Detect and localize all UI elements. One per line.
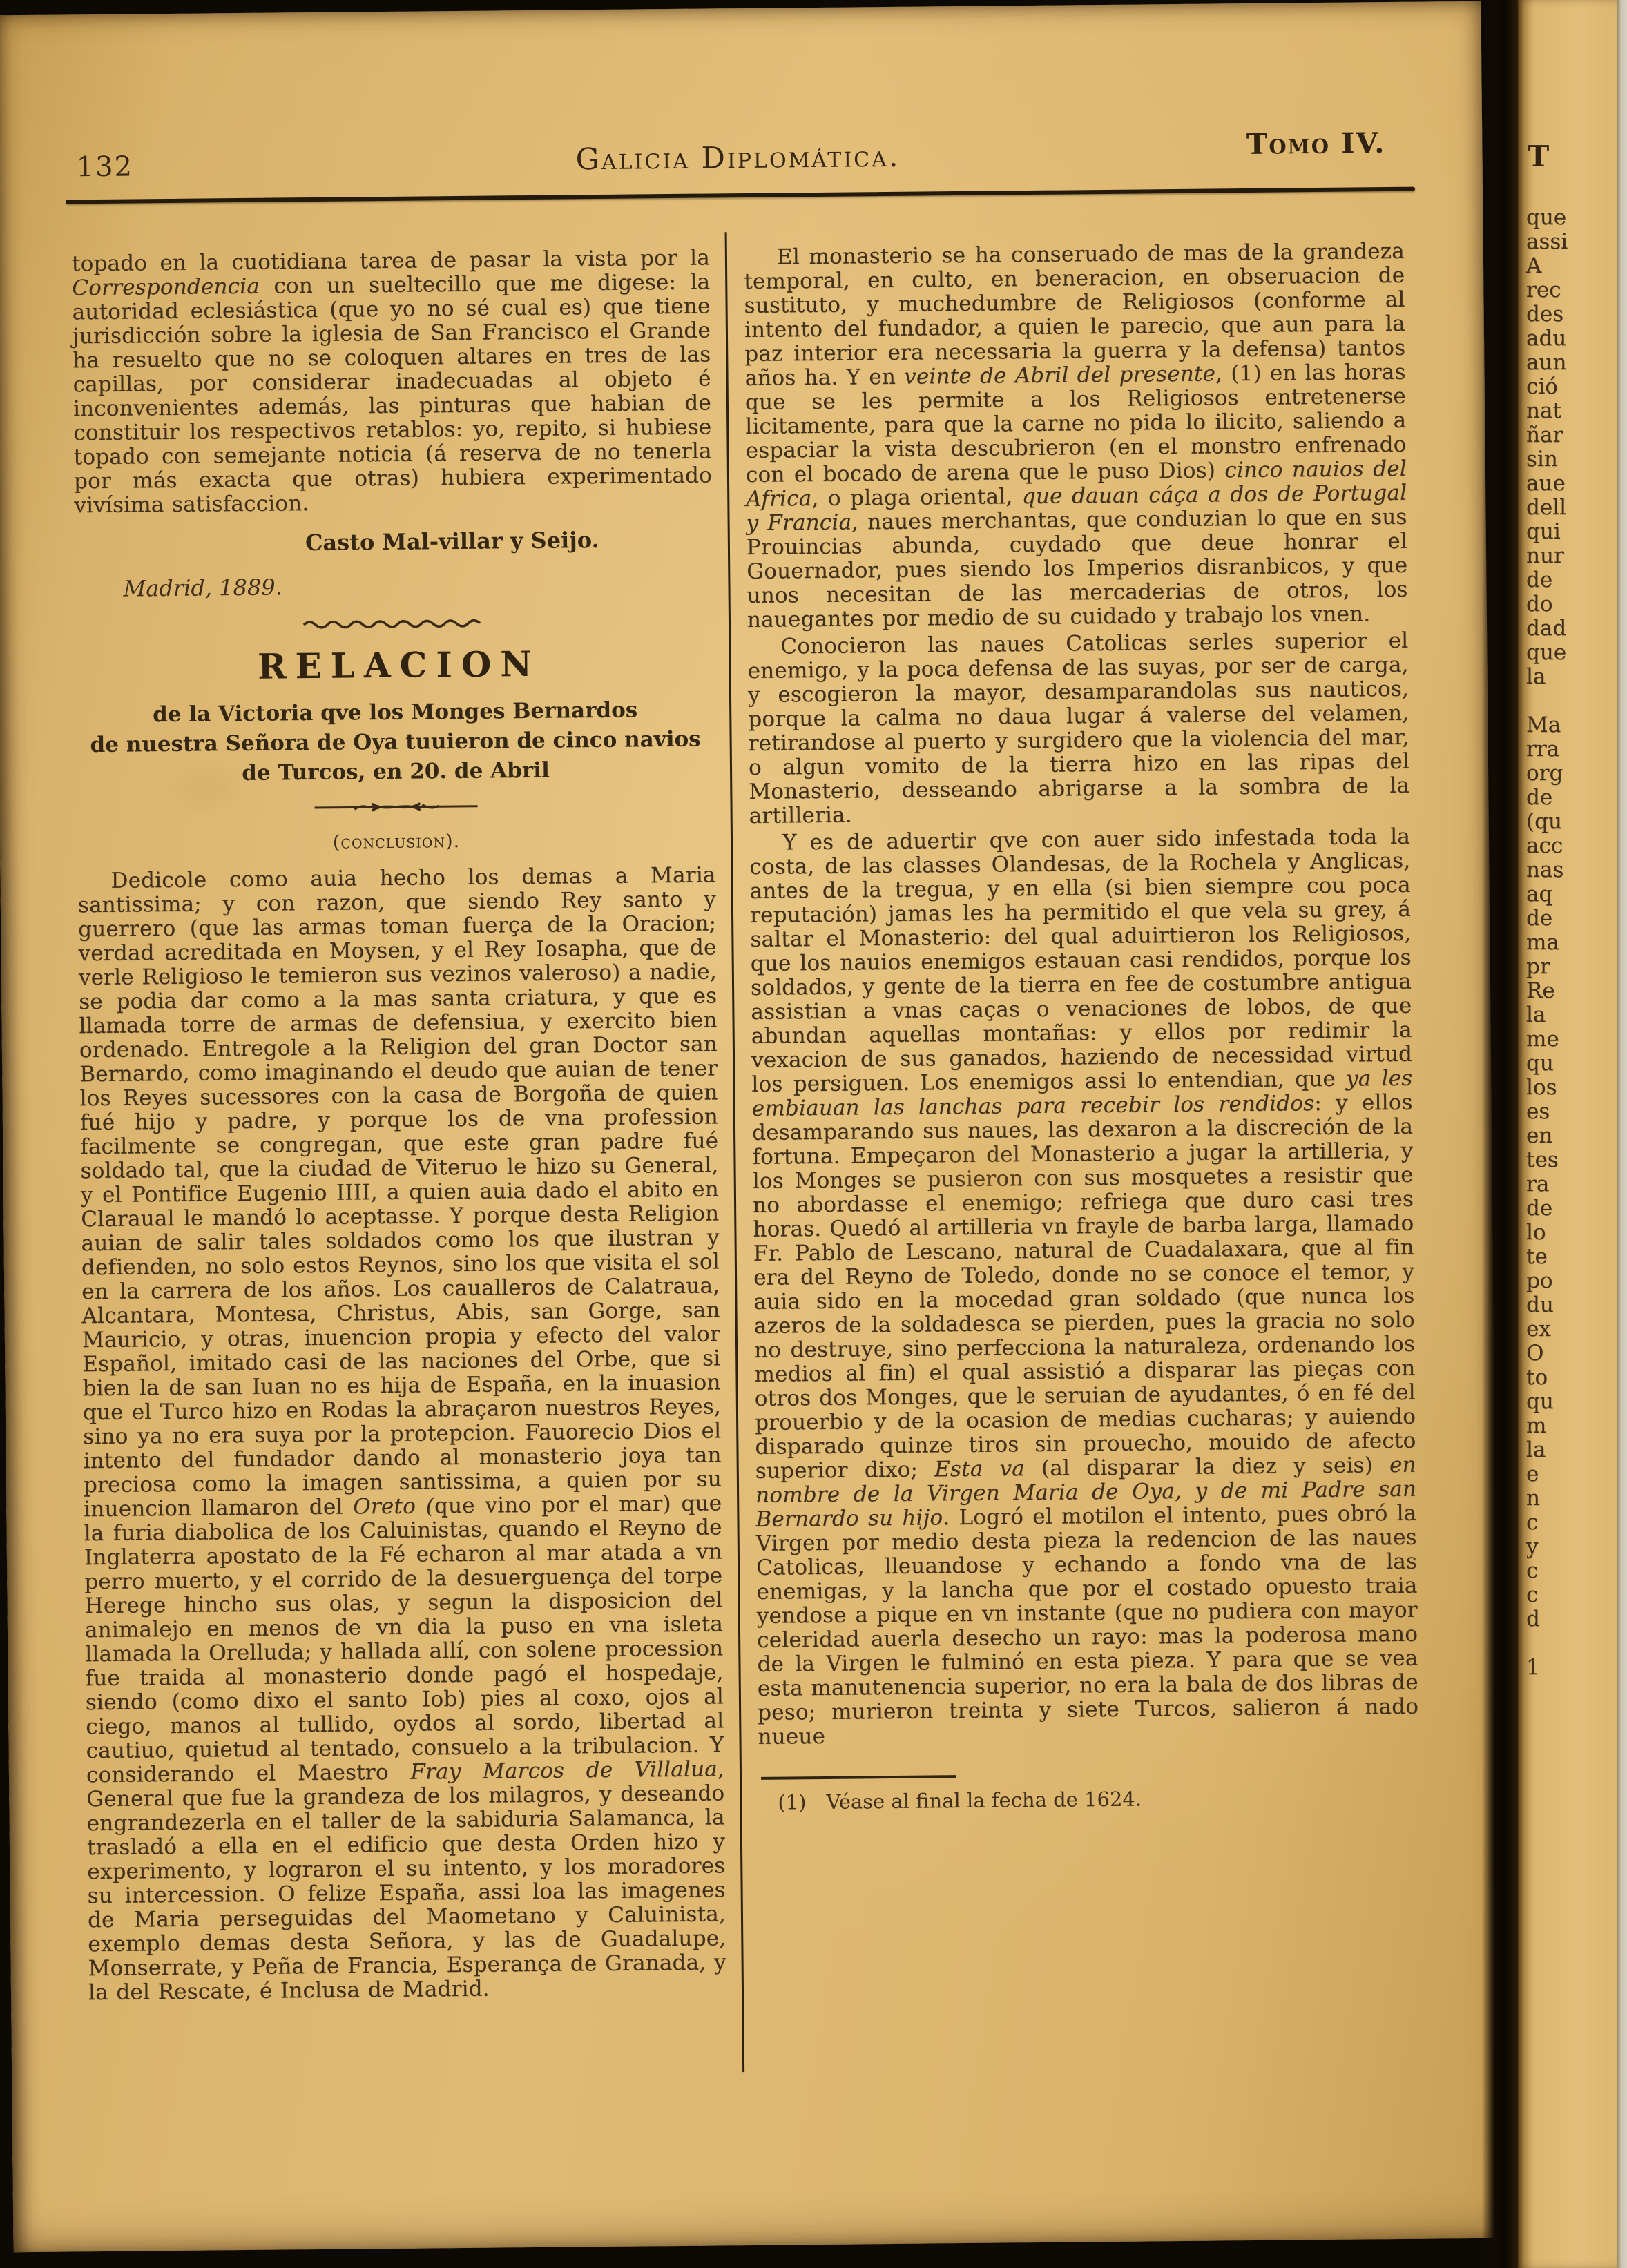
section-subtitle-line: de nuestra Señora de Oya tuuieron de cin… — [76, 724, 714, 760]
fragment-line: en — [1526, 1124, 1617, 1148]
section-title: RELACION — [75, 641, 714, 688]
crossed-flourish-divider — [309, 799, 482, 817]
scanned-page-background: 132 Galicia Diplomática. Tomo IV. topado… — [0, 0, 1627, 2268]
fragment-line: dad — [1526, 617, 1617, 641]
fragment-line: rec — [1526, 278, 1617, 302]
journal-title: Galicia Diplomática. — [575, 139, 900, 177]
fragment-line: rra — [1526, 737, 1617, 762]
fragment-line: adu — [1526, 327, 1617, 351]
italic-run: Fray Marcos de Villalua — [410, 1756, 718, 1784]
left-column-body: Dedicole como auia hecho los demas a Mar… — [77, 863, 726, 2005]
fragment-line: 1 — [1526, 1656, 1617, 1680]
fragment-line: la — [1526, 665, 1617, 689]
text-run: : y ellos desamparando sus naues, las de… — [752, 1090, 1416, 1484]
fragment-line: A — [1526, 254, 1617, 278]
section-subtitle-line: de Turcos, en 20. de Abril — [77, 754, 715, 790]
right-column: El monasterio se ha conseruado de mas de… — [744, 226, 1423, 2072]
volume-label: Tomo IV. — [1246, 126, 1386, 161]
fragment-line: do — [1526, 592, 1617, 617]
page-number: 132 — [76, 151, 133, 183]
text-run: con un sueltecillo que me digese: la aut… — [72, 269, 712, 518]
fragment-line: nas — [1526, 858, 1617, 882]
fragment-line: lo — [1526, 1221, 1617, 1245]
article-dateline: Madrid, 1889. — [75, 570, 713, 602]
fragment-line: m — [1526, 1414, 1617, 1438]
fragment-line: tes — [1526, 1148, 1617, 1172]
fragment-line: ma — [1526, 931, 1617, 955]
text-run: Conocieron las naues Catolicas serles su… — [747, 628, 1409, 828]
fragment-line: (qu — [1526, 810, 1617, 834]
paragraph: Conocieron las naues Catolicas serles su… — [747, 629, 1410, 828]
fragment-line: c — [1526, 1511, 1617, 1535]
right-column-body: El monasterio se ha conseruado de mas de… — [744, 240, 1419, 1750]
footnote: (1) Véase al final la fecha de 1624. — [758, 1785, 1419, 1814]
fragment-line: d — [1526, 1607, 1617, 1631]
scanner-edge — [1617, 0, 1627, 2268]
fragment-line: po — [1526, 1269, 1617, 1293]
fragment-line: qui — [1526, 520, 1617, 544]
fragment-line: aun — [1526, 351, 1617, 375]
article-signature: Casto Mal-villar y Seijo. — [75, 525, 713, 558]
fragment-line — [1526, 689, 1617, 713]
fragment-line: que — [1526, 206, 1617, 230]
fragment-line: aq — [1526, 882, 1617, 907]
fragment-line: du — [1526, 1293, 1617, 1317]
fragment-line: los — [1526, 1076, 1617, 1100]
fragment-line: acc — [1526, 834, 1617, 858]
fragment-line: org — [1526, 762, 1617, 786]
fragment-line: pr — [1526, 955, 1617, 979]
fragment-line: la — [1526, 1438, 1617, 1462]
fragment-line: de — [1526, 786, 1617, 810]
fragment-line: me — [1526, 1027, 1617, 1051]
text-run: que vino por el mar) que la furia diabol… — [84, 1491, 724, 1787]
fragment-line: ñar — [1526, 423, 1617, 447]
paragraph: El monasterio se ha conseruado de mas de… — [744, 240, 1408, 632]
fragment-line: c — [1526, 1583, 1617, 1607]
fragment-line: sin — [1526, 447, 1617, 472]
fragment-line: n — [1526, 1486, 1617, 1511]
page-gutter-shadow — [1482, 0, 1518, 2268]
text-run: Dedicole como auia hecho los demas a Mar… — [78, 862, 722, 1522]
fragment-line: e — [1526, 1462, 1617, 1486]
text-columns: topado en la cuotidiana tarea de pasar l… — [72, 226, 1422, 2078]
fragment-line: Re — [1526, 979, 1617, 1003]
fragment-line: c — [1526, 1559, 1617, 1583]
squiggle-divider — [298, 617, 491, 632]
fragment-line: de — [1526, 1196, 1617, 1221]
book-page: 132 Galicia Diplomática. Tomo IV. topado… — [0, 1, 1503, 2253]
text-run: , General que fue la grandeza de los mil… — [86, 1756, 726, 2005]
left-column: topado en la cuotidiana tarea de pasar l… — [72, 232, 743, 2078]
fragment-line: to — [1526, 1366, 1617, 1390]
fragment-line: es — [1526, 1100, 1617, 1124]
conclusion-label: (conclusion). — [77, 828, 715, 855]
next-page-header-fragment: T — [1528, 139, 1549, 173]
fragment-line: de — [1526, 907, 1617, 931]
fragment-line: te — [1526, 1245, 1617, 1269]
fragment-line: y — [1526, 1535, 1617, 1559]
fragment-line: la — [1526, 1003, 1617, 1027]
paragraph: Y es de aduertir qve con auer sido infes… — [749, 825, 1419, 1750]
section-subtitle: de la Victoria qve los Monges Bernardos … — [76, 695, 715, 790]
fragment-line: nat — [1526, 399, 1617, 423]
paragraph: topado en la cuotidiana tarea de pasar l… — [72, 246, 713, 518]
fragment-line: ex — [1526, 1317, 1617, 1341]
text-run: , o plaga oriental, — [811, 484, 1022, 511]
fragment-line: aue — [1526, 472, 1617, 496]
fragment-line — [1526, 1631, 1617, 1656]
fragment-line: qu — [1526, 1390, 1617, 1414]
next-page-text-fragments: queassiArecdesaduaunciónatñarsinauedellq… — [1526, 206, 1617, 1680]
fragment-line: que — [1526, 641, 1617, 665]
left-column-intro: topado en la cuotidiana tarea de pasar l… — [72, 246, 713, 518]
italic-run: Correspondencia — [72, 274, 260, 301]
next-page-edge: T queassiArecdesaduaunciónatñarsinauedel… — [1518, 0, 1617, 2268]
fragment-line: nur — [1526, 544, 1617, 568]
fragment-line: de — [1526, 568, 1617, 592]
fragment-line: O — [1526, 1341, 1617, 1366]
fragment-line: ra — [1526, 1172, 1617, 1196]
paragraph: Dedicole como auia hecho los demas a Mar… — [77, 863, 726, 2005]
footnote-rule — [761, 1775, 956, 1780]
italic-run: Oreto ( — [353, 1493, 434, 1519]
fragment-line: ció — [1526, 375, 1617, 399]
italic-run: veinte de Abril del presente — [904, 361, 1215, 389]
text-run: . Logró el motilon el intento, pues obró… — [756, 1501, 1419, 1750]
italic-run: Esta va — [934, 1456, 1025, 1482]
fragment-line: Ma — [1526, 713, 1617, 737]
text-run: Y es de aduertir qve con auer sido infes… — [749, 824, 1412, 1097]
fragment-line: qu — [1526, 1051, 1617, 1076]
header-rule — [66, 187, 1415, 204]
fragment-line: assi — [1526, 230, 1617, 254]
fragment-line: des — [1526, 302, 1617, 327]
fragment-line: dell — [1526, 496, 1617, 520]
